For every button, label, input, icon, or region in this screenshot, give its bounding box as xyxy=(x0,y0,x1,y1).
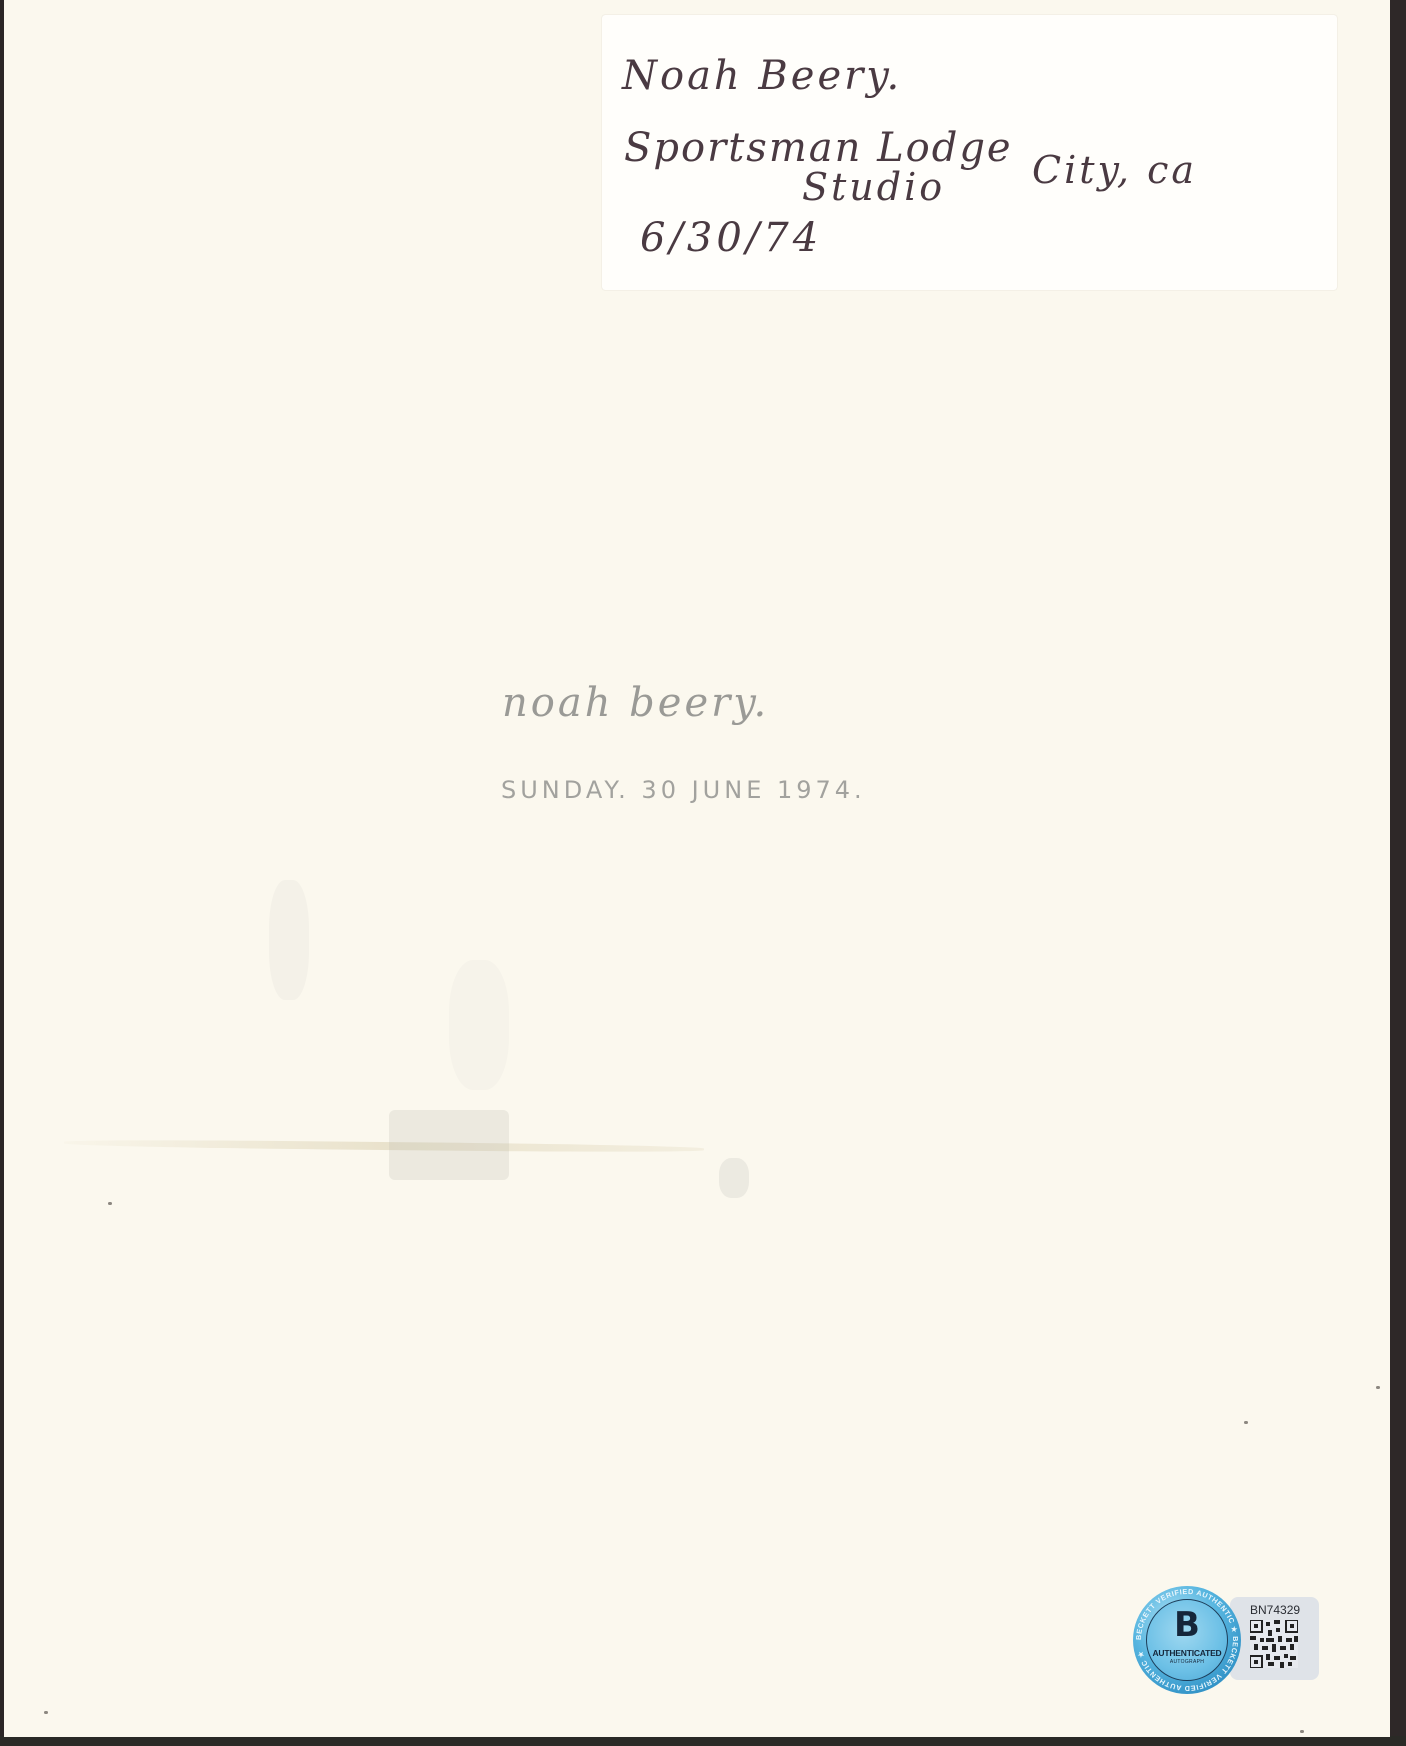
paper-stain xyxy=(269,880,309,1000)
speck xyxy=(1376,1386,1380,1389)
residue-streak xyxy=(64,1139,704,1154)
speck xyxy=(1300,1730,1304,1733)
beckett-logo-icon: B xyxy=(1133,1608,1241,1642)
speck xyxy=(44,1711,48,1714)
certificate-label: BN74329 xyxy=(1230,1597,1319,1680)
speck xyxy=(108,1202,112,1205)
scan-border-right xyxy=(1388,0,1406,1746)
speck xyxy=(1244,1421,1248,1424)
card-city-left: Studio xyxy=(802,165,945,209)
pencil-signature: noah beery. xyxy=(502,680,769,726)
paper-stain xyxy=(719,1158,749,1198)
card-name: Noah Beery. xyxy=(622,53,902,99)
photo-paper-back: Noah Beery. Sportsman Lodge Studio City,… xyxy=(4,0,1390,1737)
card-date: 6/30/74 xyxy=(640,215,822,261)
qr-code-icon[interactable] xyxy=(1250,1620,1298,1668)
pencil-date-line: SUNDAY. 30 JUNE 1974. xyxy=(501,776,866,804)
beckett-hologram-seal: BECKETT VERIFIED AUTHENTIC ★ BECKETT VER… xyxy=(1133,1586,1241,1694)
scan-border-bottom xyxy=(0,1736,1406,1746)
tape-residue xyxy=(389,1110,509,1180)
certificate-id: BN74329 xyxy=(1250,1603,1300,1617)
provenance-card: Noah Beery. Sportsman Lodge Studio City,… xyxy=(602,15,1337,290)
card-city-right: City, ca xyxy=(1032,148,1197,192)
seal-autograph-label: AUTOGRAPH xyxy=(1133,1659,1241,1665)
paper-stain xyxy=(449,960,509,1090)
seal-authenticated-label: AUTHENTICATED xyxy=(1133,1648,1241,1658)
